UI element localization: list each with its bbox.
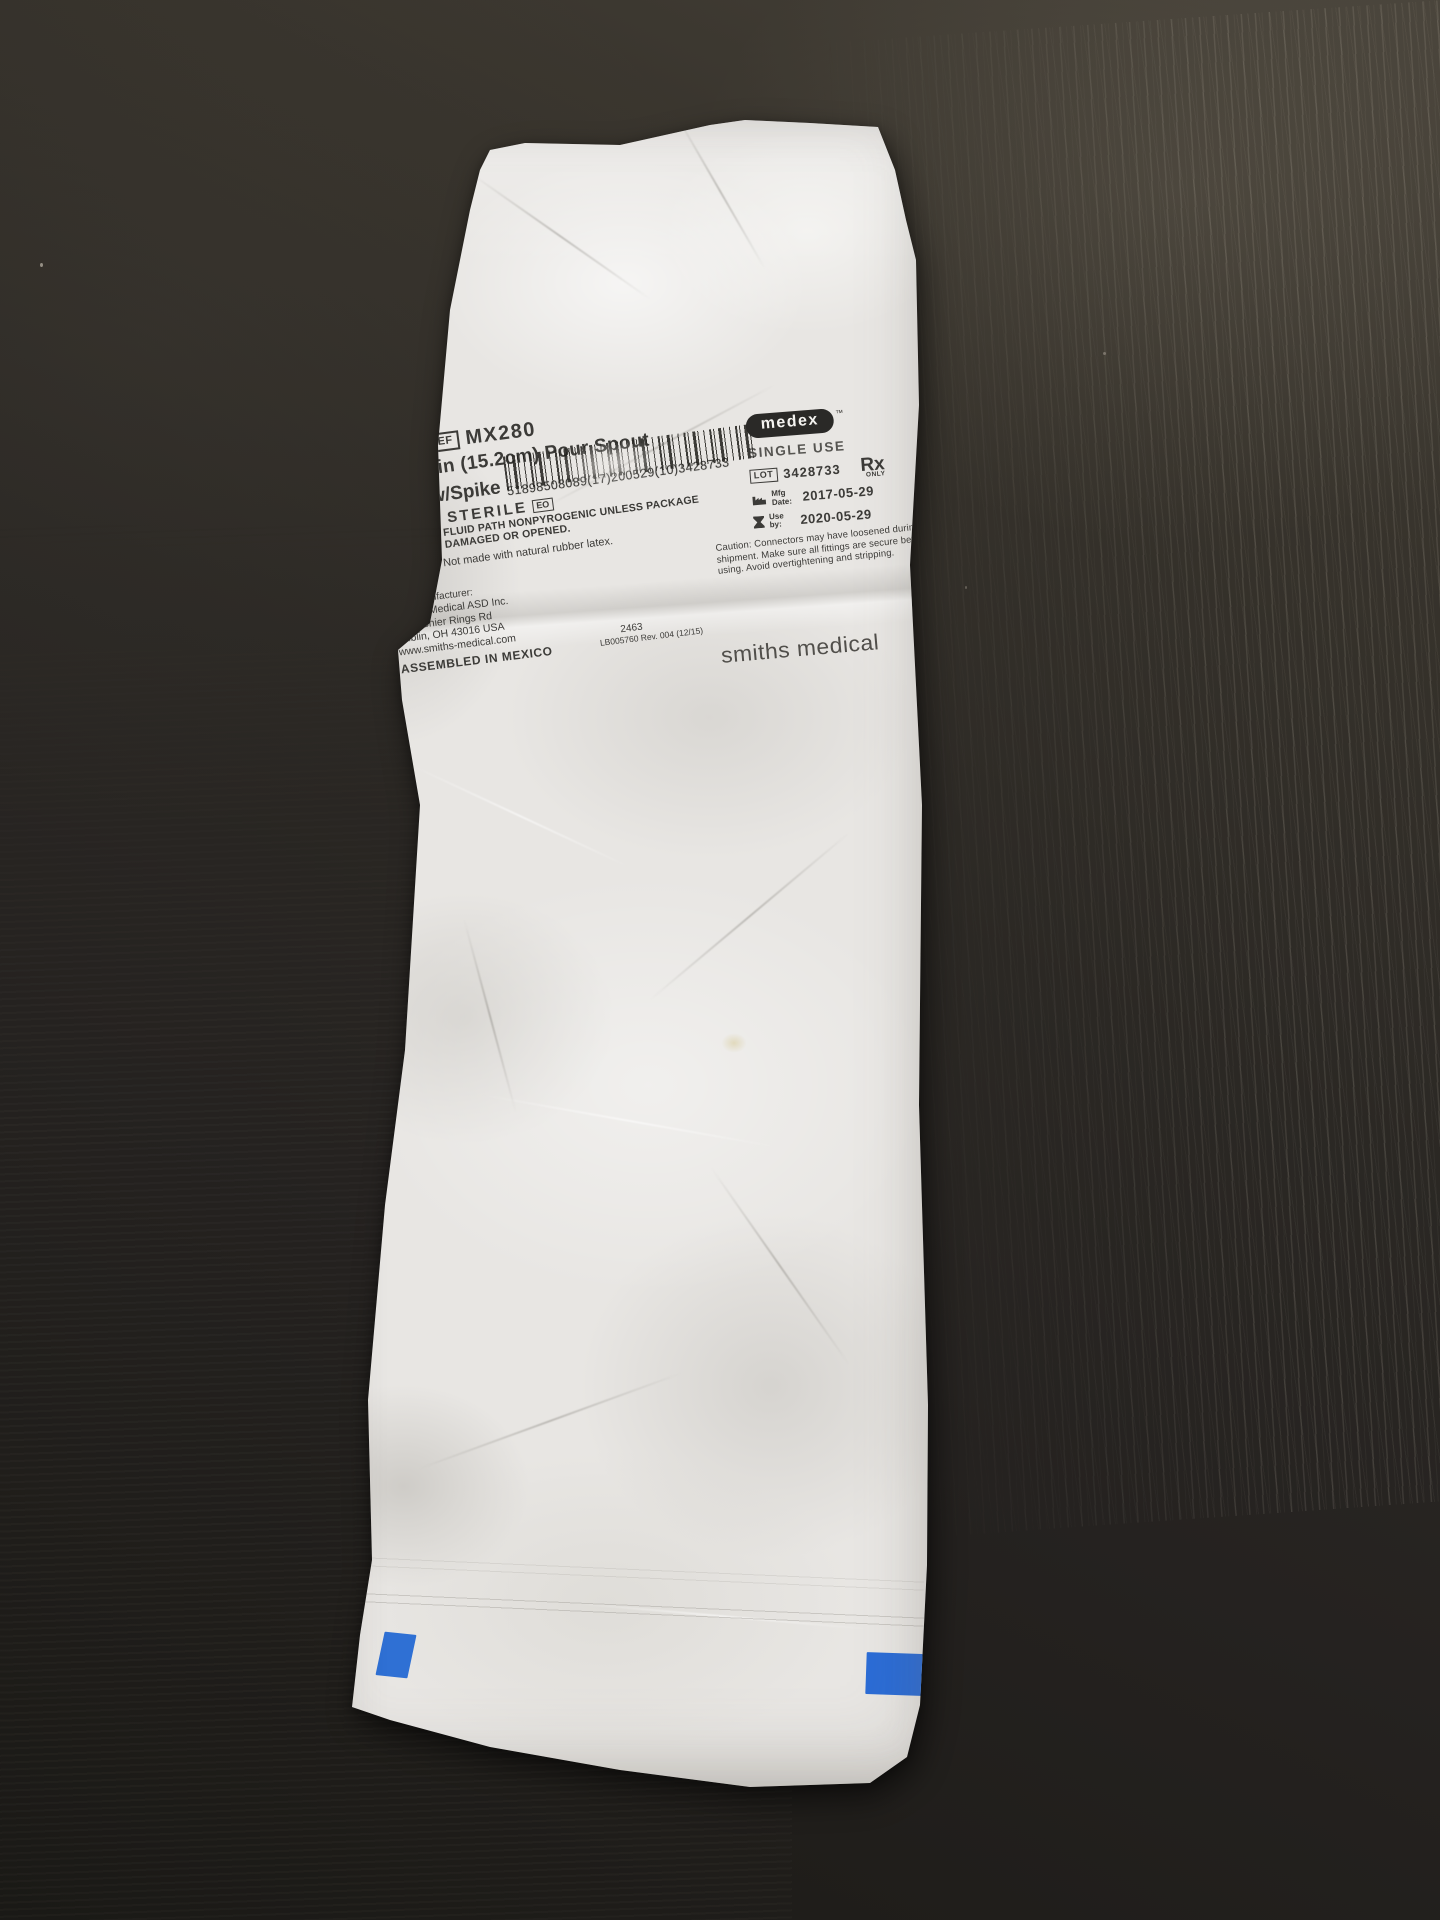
dust-speck	[40, 263, 43, 267]
use-by-date-value: 2020-05-29	[800, 506, 872, 527]
lot-row: LOT 3428733 Rx ONLY	[749, 450, 965, 487]
single-use-text: SINGLE USE	[747, 429, 963, 461]
medex-logo: medex	[745, 408, 835, 438]
trademark-symbol: ™	[835, 408, 844, 418]
barcode-row: w/Spike 51898508089(17)200529(10)3428733	[429, 438, 769, 508]
sterile-pouch: REF MX280 6in (15.2cm) Pour Spout w/Spik…	[330, 115, 942, 1787]
product-variant: w/Spike	[429, 477, 502, 508]
codes-block: 2463 LB005760 Rev. 004 (12/15)	[598, 614, 704, 647]
crease-line	[570, 1602, 869, 1630]
crease-line	[418, 1372, 682, 1470]
barcode-text: 51898508089(17)200529(10)3428733	[506, 452, 758, 499]
tape-mark-left	[375, 1632, 416, 1679]
use-by-label: Use by:	[769, 511, 796, 531]
manufacturer-website: www.smiths-medical.com	[398, 617, 638, 659]
dust-speck	[1103, 352, 1106, 355]
manufacturer-heading-row: Manufacturer:	[392, 568, 632, 609]
ref-symbol: REF	[422, 431, 460, 454]
crease-line	[469, 172, 650, 300]
lot-number: 3428733	[783, 462, 842, 481]
factory-icon	[751, 493, 767, 506]
nonpyrogenic-note: FLUID PATH NONPYROGENIC UNLESS PACKAGE	[442, 484, 773, 539]
ref-number: MX280	[464, 418, 537, 450]
crease-line	[463, 919, 517, 1113]
caution-text: Caution: Connectors may have loosened du…	[715, 519, 945, 577]
barcode-wrap: 51898508089(17)200529(10)3428733	[503, 424, 758, 499]
pouch-label-right: medex ™ SINGLE USE LOT 3428733 Rx ONLY M…	[745, 398, 969, 532]
rx-only-block: Rx ONLY	[860, 456, 886, 478]
barcode-icon	[503, 424, 757, 491]
sterile-eo-badge: EO	[532, 497, 555, 513]
crease-line	[710, 1167, 849, 1365]
dust-speck	[965, 586, 967, 589]
crease-line	[482, 1094, 778, 1148]
latex-note: Not made with natural rubber latex.	[442, 514, 777, 570]
crease-line	[650, 832, 850, 1001]
mfg-date-label: Mfg Date:	[771, 488, 798, 508]
doc-code: LB005760 Rev. 004 (12/15)	[599, 625, 703, 648]
product-name: 6in (15.2cm) Pour Spout	[425, 414, 765, 480]
brand-row: medex ™	[745, 398, 961, 438]
pouch-seal-line	[342, 1554, 924, 1595]
manufacturer-address2: Dublin, OH 43016 USA	[397, 605, 637, 647]
manufacturer-heading: Manufacturer:	[411, 587, 474, 606]
pouch-label-left: REF MX280 6in (15.2cm) Pour Spout w/Spik…	[422, 389, 777, 570]
factory-icon	[392, 595, 408, 609]
crease-line	[674, 113, 766, 270]
use-by-row: Use by: 2020-05-29	[753, 497, 969, 531]
manufacturer-address1: 6250 Shier Rings Rd	[395, 592, 635, 634]
smiths-medical-logo: smiths medical	[720, 629, 880, 669]
assembled-in-text: ASSEMBLED IN MEXICO	[400, 634, 640, 678]
rx-only-text: ONLY	[866, 471, 886, 478]
pouch-fold-edge	[329, 562, 944, 663]
mfg-date-row: Mfg Date: 2017-05-29	[751, 475, 967, 509]
pouch-paper: REF MX280 6in (15.2cm) Pour Spout w/Spik…	[330, 115, 942, 1787]
manufacturer-block: Manufacturer: Smiths Medical ASD Inc. 62…	[392, 568, 640, 677]
tape-mark-right	[865, 1652, 922, 1696]
sterile-row: STERILE EO	[446, 467, 771, 526]
manufacturer-name: Smiths Medical ASD Inc.	[393, 580, 633, 622]
lot-symbol: LOT	[749, 468, 778, 484]
sterile-text: STERILE	[446, 499, 528, 526]
ref-row: REF MX280	[422, 389, 762, 456]
hourglass-icon	[753, 516, 765, 529]
pouch-seal-line	[342, 1590, 924, 1631]
mfg-date-value: 2017-05-29	[802, 483, 874, 504]
nonpyrogenic-note-2: DAMAGED OR OPENED.	[444, 496, 775, 551]
rx-symbol: Rx	[860, 456, 885, 473]
part-code: 2463	[620, 614, 703, 635]
crease-line	[545, 384, 776, 508]
crease-line	[411, 764, 629, 867]
